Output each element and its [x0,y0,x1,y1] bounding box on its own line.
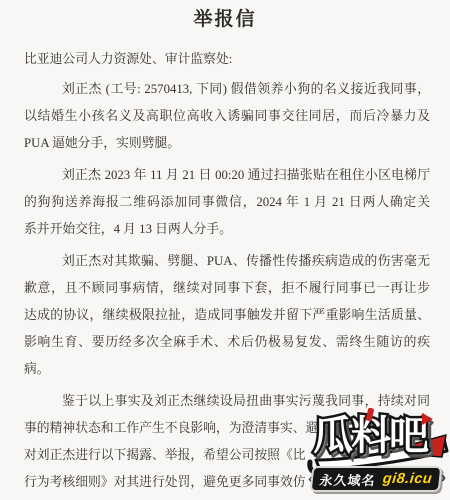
text-line: 以结婚生小孩名义及高职位高收入诱骗同事交往同居，而后冷暴力及 [24,103,430,130]
document-body: 刘正杰 (工号: 2570413, 下同) 假借领养小狗的名义接近我同事，以结婚… [0,76,450,496]
text-line: PUA 逼她分手，实则劈腿。 [24,130,430,157]
text-line: 病。 [24,356,430,383]
document-title: 举报信 [0,8,450,32]
salutation-line: 比亚迪公司人力资源处、审计监察处: [0,46,450,73]
text-line: 达成的协议，继续极限拉扯，造成同事触发并留下严重影响生活质量、 [24,302,430,329]
paragraph: 鉴于以上事实及刘正杰继续设局扭曲事实污蔑我同事，持续对同事的精神状态和工作产生不… [24,388,430,496]
paragraph: 刘正杰对其欺骗、劈腿、PUA、传播性传播疾病造成的伤害毫无歉意，且不顾同事病情，… [24,248,430,383]
text-line: 事的精神状态和工作产生不良影响，为澄清事实、避免 [24,415,430,442]
document-page: 举报信 比亚迪公司人力资源处、审计监察处: 刘正杰 (工号: 2570413, … [0,0,450,500]
text-line: 刘正杰 2023 年 11 月 21 日 00:20 通过扫描张贴在租住小区电梯… [24,162,430,189]
paragraph: 刘正杰 2023 年 11 月 21 日 00:20 通过扫描张贴在租住小区电梯… [24,162,430,243]
text-line: 行为考核细则》对其进行处罚，避免更多同事效仿 [24,469,430,496]
text-line: 鉴于以上事实及刘正杰继续设局扭曲事实污蔑我同事，持续对同 [24,388,430,415]
text-line: 刘正杰 (工号: 2570413, 下同) 假借领养小狗的名义接近我同事， [24,76,430,103]
text-line: 的狗狗送养海报二维码添加同事微信，2024 年 1 月 21 日两人确定关 [24,189,430,216]
text-line: 系并开始交往，4 月 13 日两人分手。 [24,216,430,243]
text-line: 歉意，且不顾同事病情，继续对同事下套，拒不履行同事已一再让步 [24,275,430,302]
text-line: 刘正杰对其欺骗、劈腿、PUA、传播性传播疾病造成的伤害毫无 [24,248,430,275]
paragraph: 刘正杰 (工号: 2570413, 下同) 假借领养小狗的名义接近我同事，以结婚… [24,76,430,157]
text-line: 对刘正杰进行以下揭露、举报，希望公司按照《比 [24,442,430,469]
text-line: 影响生育、要历经多次全麻手术、术后仍极易复发、需终生随访的疾 [24,329,430,356]
